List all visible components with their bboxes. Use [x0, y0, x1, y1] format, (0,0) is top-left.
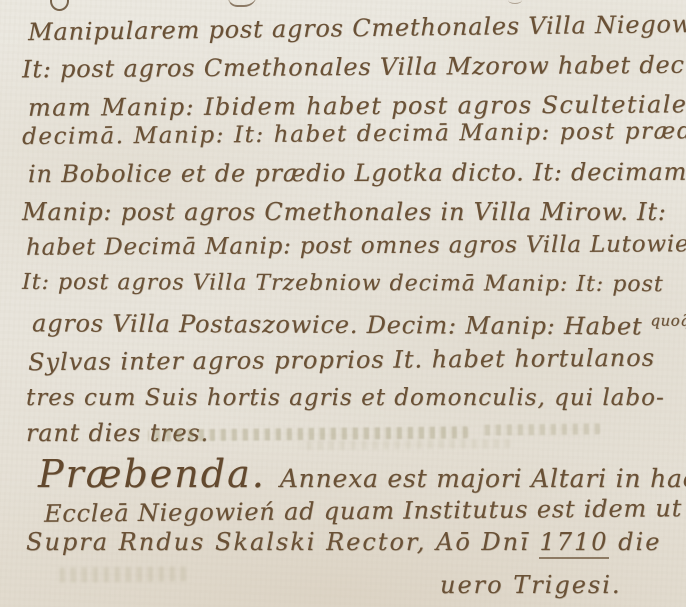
- manuscript-line-4: decimā. Manip: It: habet decimā Manip: p…: [22, 118, 686, 150]
- manuscript-line-9-text: agros Villa Postaszowice. Decim: Manip: …: [32, 309, 643, 340]
- year-1710: 1710: [539, 528, 608, 559]
- bleedthrough-text-band: [482, 423, 600, 435]
- manuscript-line-8: It: post agros Villa Trzebniow decimā Ma…: [22, 270, 664, 297]
- manuscript-line-7: habet Decimā Manip: post omnes agros Vil…: [26, 231, 686, 261]
- prebenda-heading-word: Præbenda.: [38, 452, 266, 496]
- manuscript-line-9: agros Villa Postaszowice. Decim: Manip: …: [32, 308, 686, 340]
- cutoff-stroke: [228, 0, 257, 7]
- cutoff-stroke: [508, 0, 522, 4]
- prebenda-line3-after-year: die: [618, 528, 661, 556]
- prebenda-line-2: Eccleā Niegowień ad quam Institutus est …: [44, 494, 682, 528]
- manuscript-line-3: mam Manip: Ibidem habet post agros Scult…: [28, 90, 686, 122]
- manuscript-line-2: It: post agros Cmethonales Villa Mzorow …: [22, 51, 686, 84]
- cutoff-stroke: [50, 0, 69, 11]
- prebenda-line3-before-year: Supra Rndus Skalski Rector, Aō Dnī: [26, 528, 530, 556]
- manuscript-line-6: Manip: post agros Cmethonales in Villa M…: [22, 198, 667, 226]
- manuscript-line-10: Sylvas inter agros proprios It. habet ho…: [28, 344, 655, 376]
- prebenda-line-3: Supra Rndus Skalski Rector, Aō Dnī 1710 …: [26, 528, 661, 556]
- manuscript-line-5: in Bobolice et de prædio Lgotka dicto. I…: [28, 158, 686, 188]
- abbreviation-quoque: quoq̃: [650, 312, 686, 330]
- manuscript-line-1: Manipularem post agros Cmethonales Villa…: [28, 10, 686, 46]
- bleedthrough-text-band: [58, 566, 186, 582]
- manuscript-page: Manipularem post agros Cmethonales Villa…: [0, 0, 686, 607]
- prebenda-line1-rest: Annexa est majori Altari in hac: [280, 464, 686, 493]
- prebenda-heading-line: Præbenda.Annexa est majori Altari in hac: [38, 452, 686, 496]
- manuscript-line-11: tres cum Suis hortis agris et domonculis…: [26, 385, 665, 411]
- closing-line: uero Trigesi.: [440, 571, 622, 599]
- bleedthrough-text-band: [300, 439, 510, 450]
